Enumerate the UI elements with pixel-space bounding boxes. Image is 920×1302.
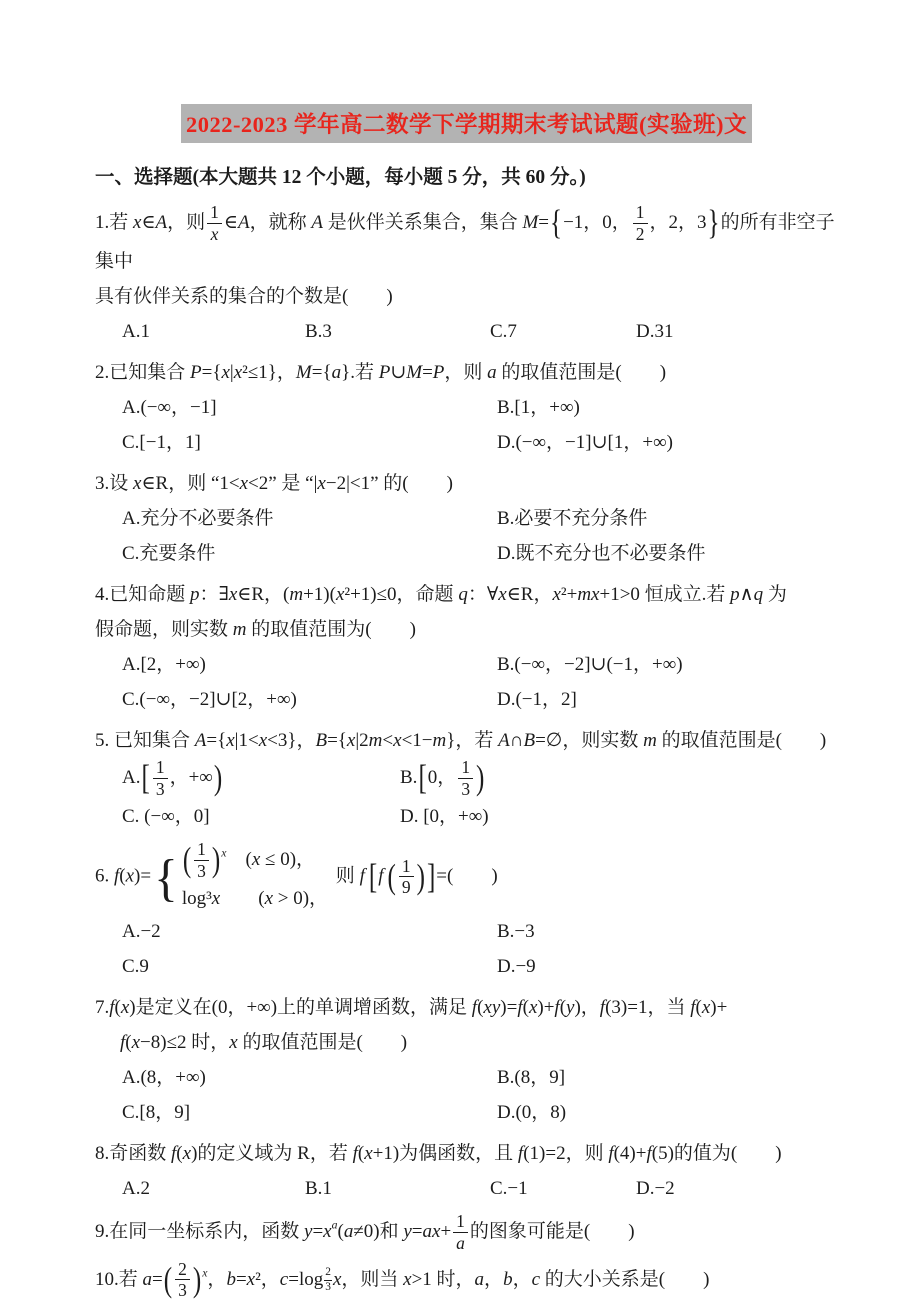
math-text: ∧	[740, 584, 754, 605]
question-2-stem-line: 2.已知集合 P={x|x²≤1}，M={a}.若 P∪M=P，则 a 的取值范…	[95, 355, 838, 390]
big-delimiter: )	[416, 860, 426, 895]
question-5-option-A: A.[13，+∞)	[122, 758, 400, 799]
question-2-option-C: C.[−1，1]	[122, 425, 497, 460]
question-8-stem-line: 8.奇函数 f(x)的定义域为 R，若 f(x+1)为偶函数，且 f(1)=2，…	[95, 1136, 838, 1171]
question-2-option-A: A.(−∞，−1]	[122, 390, 497, 425]
math-text: ∈R，(	[237, 584, 289, 605]
question-1-option-A: A.1	[122, 314, 305, 349]
math-text: ²+1)≤0，命题	[344, 584, 458, 605]
question-9: 9.在同一坐标系内，函数 y=xa(a≠0)和 y=ax+1a的图象可能是( )	[95, 1212, 838, 1253]
math-text: 假命题，则实数	[95, 619, 233, 640]
math-text: (	[220, 888, 264, 909]
math-text: <1−	[402, 730, 433, 751]
math-text: ∪	[390, 362, 406, 383]
math-text: ，就称	[250, 212, 312, 233]
math-text: )=	[134, 866, 151, 887]
math-text: 10.若	[95, 1269, 143, 1290]
math-text: C.7	[490, 321, 517, 342]
fraction-denominator: 2	[633, 224, 648, 245]
math-text: C.[8，9]	[122, 1102, 190, 1123]
math-text: ，则	[444, 362, 487, 383]
question-3-option-D: D.既不充分也不必要条件	[497, 536, 838, 571]
math-text: B.	[400, 767, 417, 788]
math-text: ∈	[141, 212, 155, 233]
question-7-options: A.(8，+∞)B.(8，9]C.[8，9]D.(0，8)	[95, 1060, 838, 1130]
math-variable: A	[238, 212, 250, 233]
question-2: 2.已知集合 P={x|x²≤1}，M={a}.若 P∪M=P，则 a 的取值范…	[95, 355, 838, 460]
math-text: ={	[312, 362, 332, 383]
math-text: =	[412, 1221, 423, 1242]
math-text: ≤ 0)，	[260, 849, 315, 870]
math-text: ，则当	[341, 1269, 403, 1290]
math-text: −2|<1” 的( )	[326, 473, 453, 494]
math-text: B.(−∞，−2]∪(−1，+∞)	[497, 654, 683, 675]
question-1-option-D: D.31	[636, 314, 838, 349]
math-variable: b	[503, 1269, 513, 1290]
math-variable: x	[247, 1269, 255, 1290]
math-variable: m	[233, 619, 247, 640]
fraction-denominator: 3	[194, 861, 209, 882]
math-variable: p	[730, 584, 740, 605]
math-text: (5)的值为( )	[652, 1143, 782, 1164]
math-text: ，+∞	[170, 767, 213, 788]
math-text: 7.	[95, 997, 109, 1018]
math-text: ：∀	[468, 584, 498, 605]
questions-list: 1.若 x∈A，则1x∈A，就称 A 是伙伴关系集合，集合 M={−1，0，12…	[95, 203, 838, 1301]
math-text: C. (−∞，0]	[122, 806, 210, 827]
fraction-denominator: 3	[175, 1280, 190, 1301]
math-text: +1)为偶函数，且	[373, 1143, 518, 1164]
math-variable: B	[315, 730, 327, 751]
math-text: 则	[331, 866, 360, 887]
math-text: 9.在同一坐标系内，函数	[95, 1221, 304, 1242]
math-text: D. [0，+∞)	[400, 806, 489, 827]
fraction: 12	[633, 203, 648, 244]
math-text: =	[538, 212, 549, 233]
big-delimiter: )	[475, 761, 485, 796]
fraction-numerator: 1	[458, 758, 473, 779]
math-variable: a	[344, 1221, 354, 1242]
math-text: ={	[206, 730, 226, 751]
math-text: ，	[484, 1269, 503, 1290]
math-variable: c	[280, 1269, 288, 1290]
math-variable: a	[487, 362, 497, 383]
math-variable: x	[212, 888, 220, 909]
math-variable: q	[754, 584, 764, 605]
math-text: ∈	[224, 212, 238, 233]
math-text: }.若	[341, 362, 379, 383]
fraction: 1a	[453, 1212, 468, 1253]
question-4-option-C: C.(−∞，−2]∪[2，+∞)	[122, 682, 497, 717]
big-delimiter: [	[417, 761, 427, 796]
piecewise-function: {(13)x (x ≤ 0)，log³x (x > 0)，	[154, 840, 328, 914]
exam-title: 2022-2023 学年高二数学下学期期末考试试题(实验班)文	[181, 104, 752, 143]
fraction: 13	[153, 758, 168, 799]
question-10: 10.若 a=(23)x，b=x²，c=log23x，则当 x>1 时，a，b，…	[95, 1260, 838, 1301]
question-6-option-C: C.9	[122, 949, 497, 984]
math-variable: x	[221, 362, 229, 383]
math-text: A.(8，+∞)	[122, 1067, 206, 1088]
question-7-option-D: D.(0，8)	[497, 1095, 838, 1130]
math-text: A.充分不必要条件	[122, 508, 273, 529]
big-delimiter: ]	[426, 860, 436, 895]
question-7-stem-line: 7.f(x)是定义在(0，+∞)上的单调增函数，满足 f(xy)=f(x)+f(…	[95, 990, 838, 1025]
math-text: =	[312, 1221, 323, 1242]
math-variable: P	[379, 362, 391, 383]
question-4-option-D: D.(−1，2]	[497, 682, 838, 717]
question-1-stem-line: 具有伙伴关系的集合的个数是( )	[95, 279, 838, 314]
math-variable: m	[369, 730, 383, 751]
big-delimiter: (	[386, 860, 396, 895]
math-variable: x	[323, 1221, 331, 1242]
big-delimiter: [	[140, 761, 150, 796]
question-5-option-D: D. [0，+∞)	[400, 799, 838, 834]
math-variable: x	[126, 866, 134, 887]
math-text: 具有伙伴关系的集合的个数是( )	[95, 286, 393, 307]
math-text: ∈R，	[507, 584, 553, 605]
math-variable: A	[311, 212, 323, 233]
fraction-numerator: 1	[633, 203, 648, 224]
math-text: C.9	[122, 956, 149, 977]
piecewise-row: log³x (x > 0)，	[182, 884, 328, 914]
question-7-option-A: A.(8，+∞)	[122, 1060, 497, 1095]
fraction-denominator: 9	[399, 877, 414, 898]
math-text: B.3	[305, 321, 332, 342]
math-text: 的取值范围为( )	[247, 619, 416, 640]
question-6-stem-line: 6. f(x)={(13)x (x ≤ 0)，log³x (x > 0)， 则 …	[95, 840, 838, 914]
math-text: 为	[763, 584, 787, 605]
math-text: 的取值范围是( )	[238, 1032, 407, 1053]
math-text: A.1	[122, 321, 150, 342]
question-8-option-D: D.−2	[636, 1171, 838, 1206]
math-text: =	[422, 362, 433, 383]
math-text: D.−2	[636, 1178, 675, 1199]
math-text: B.1	[305, 1178, 332, 1199]
question-5-stem-line: 5. 已知集合 A={x|1<x<3}，B={x|2m<x<1−m}，若 A∩B…	[95, 723, 838, 758]
math-text: D.(−1，2]	[497, 689, 577, 710]
math-text: ，	[207, 1269, 226, 1290]
math-text: ，则	[167, 212, 205, 233]
math-variable: q	[458, 584, 468, 605]
question-4-stem-line: 4.已知命题 p：∃x∈R，(m+1)(x²+1)≤0，命题 q：∀x∈R，x²…	[95, 577, 838, 612]
question-5-options: A.[13，+∞)B.[0，13)C. (−∞，0]D. [0，+∞)	[95, 758, 838, 834]
math-text: ≠0)和	[353, 1221, 403, 1242]
math-text: (3)=1，当	[605, 997, 690, 1018]
fraction-denominator: 3	[458, 779, 473, 800]
math-text: 4.已知命题	[95, 584, 190, 605]
fraction: 19	[399, 857, 414, 898]
exam-page: 2022-2023 学年高二数学下学期期末考试试题(实验班)文 一、选择题(本大…	[0, 0, 920, 1302]
math-text: 的大小关系是( )	[540, 1269, 709, 1290]
question-2-option-D: D.(−∞，−1]∪[1，+∞)	[497, 425, 838, 460]
math-text: 的图象可能是( )	[470, 1221, 635, 1242]
fraction-numerator: 1	[153, 758, 168, 779]
math-text: C.[−1，1]	[122, 432, 201, 453]
question-3-option-C: C.充要条件	[122, 536, 497, 571]
question-7-option-C: C.[8，9]	[122, 1095, 497, 1130]
math-text: ，	[513, 1269, 532, 1290]
math-text: +	[440, 1221, 451, 1242]
big-delimiter: {	[549, 206, 563, 241]
math-text: )+	[537, 997, 554, 1018]
big-delimiter: (	[163, 1263, 173, 1298]
question-3: 3.设 x∈R，则 “1<x<2” 是 “|x−2|<1” 的( )A.充分不必…	[95, 466, 838, 571]
question-8-option-A: A.2	[122, 1171, 305, 1206]
math-text: 3.设	[95, 473, 133, 494]
math-variable: M	[296, 362, 312, 383]
math-variable: xy	[483, 997, 500, 1018]
math-text: A.	[122, 767, 140, 788]
title-bar: 2022-2023 学年高二数学下学期期末考试试题(实验班)文	[95, 104, 838, 143]
math-text: }，若	[446, 730, 498, 751]
fraction-numerator: 1	[194, 840, 209, 861]
fraction: 13	[194, 840, 209, 881]
question-9-stem-line: 9.在同一坐标系内，函数 y=xa(a≠0)和 y=ax+1a的图象可能是( )	[95, 1212, 838, 1253]
math-text: ∩	[510, 730, 524, 751]
big-delimiter: )	[213, 761, 223, 796]
math-text: C.充要条件	[122, 543, 215, 564]
math-variable: x	[265, 888, 273, 909]
math-variable: x	[498, 584, 506, 605]
math-variable: x	[403, 1269, 411, 1290]
math-variable: ax	[423, 1221, 441, 1242]
question-8-options: A.2B.1C.−1D.−2	[95, 1171, 838, 1206]
math-text: ²+	[561, 584, 577, 605]
log-base-bottom: 3	[324, 1281, 332, 1295]
math-text: =	[236, 1269, 247, 1290]
math-text: −1，0，	[563, 212, 631, 233]
log-base-fraction: 23	[324, 1266, 332, 1294]
math-text: C.−1	[490, 1178, 528, 1199]
math-variable: P	[433, 362, 445, 383]
math-text: D.(−∞，−1]∪[1，+∞)	[497, 432, 673, 453]
math-text: B.[1，+∞)	[497, 397, 580, 418]
math-text: )=	[500, 997, 517, 1018]
math-text: B.(8，9]	[497, 1067, 565, 1088]
math-text: )，	[574, 997, 599, 1018]
math-text: =log	[288, 1269, 323, 1290]
question-6-options: A.−2B.−3C.9D.−9	[95, 914, 838, 984]
math-text: log³	[182, 888, 212, 909]
math-variable: mx	[577, 584, 599, 605]
math-variable: x	[226, 730, 234, 751]
question-6: 6. f(x)={(13)x (x ≤ 0)，log³x (x > 0)， 则 …	[95, 840, 838, 984]
math-variable: x	[393, 730, 401, 751]
question-4-option-A: A.[2，+∞)	[122, 647, 497, 682]
fraction-denominator: 3	[153, 779, 168, 800]
math-variable: M	[406, 362, 422, 383]
math-text: =( )	[436, 866, 497, 887]
math-variable: a	[143, 1269, 153, 1290]
math-text: D.既不充分也不必要条件	[497, 543, 705, 564]
math-text: ²，	[255, 1269, 280, 1290]
math-text: 2.已知集合	[95, 362, 190, 383]
fraction-numerator: 1	[207, 203, 222, 224]
math-variable: y	[403, 1221, 411, 1242]
question-8-option-C: C.−1	[490, 1171, 636, 1206]
math-text: 的取值范围是( )	[497, 362, 666, 383]
math-text: =	[152, 1269, 163, 1290]
fraction: 13	[458, 758, 473, 799]
question-6-option-D: D.−9	[497, 949, 838, 984]
math-text: =∅，则实数	[535, 730, 643, 751]
math-text: −8)≤2 时，	[140, 1032, 229, 1053]
math-text: A.−2	[122, 921, 161, 942]
piecewise-rows: (13)x (x ≤ 0)，log³x (x > 0)，	[182, 840, 328, 914]
math-text: D.−9	[497, 956, 536, 977]
math-text: )+	[710, 997, 727, 1018]
fraction-denominator: a	[453, 1233, 468, 1254]
math-text: B.−3	[497, 921, 535, 942]
question-6-option-A: A.−2	[122, 914, 497, 949]
math-text: 是伙伴关系集合，集合	[323, 212, 523, 233]
math-text: ，2，3	[650, 212, 707, 233]
math-variable: c	[532, 1269, 540, 1290]
math-text: 6.	[95, 866, 114, 887]
question-10-stem-line: 10.若 a=(23)x，b=x²，c=log23x，则当 x>1 时，a，b，…	[95, 1260, 838, 1301]
math-variable: m	[433, 730, 447, 751]
question-7-option-B: B.(8，9]	[497, 1060, 838, 1095]
math-text: 5. 已知集合	[95, 730, 195, 751]
question-1-option-C: C.7	[490, 314, 636, 349]
big-delimiter: )	[211, 844, 221, 879]
math-variable: x	[317, 473, 325, 494]
math-text: B.必要不充分条件	[497, 508, 647, 529]
math-variable: m	[643, 730, 657, 751]
question-8-option-B: B.1	[305, 1171, 490, 1206]
math-text: <	[382, 730, 393, 751]
math-text: D.31	[636, 321, 673, 342]
math-variable: x	[552, 584, 560, 605]
math-variable: P	[190, 362, 202, 383]
piecewise-brace: {	[154, 851, 178, 903]
math-variable: f	[378, 866, 383, 887]
big-delimiter: )	[192, 1263, 202, 1298]
question-2-options: A.(−∞，−1]B.[1，+∞)C.[−1，1]D.(−∞，−1]∪[1，+∞…	[95, 390, 838, 460]
math-variable: x	[702, 997, 710, 1018]
piecewise-row: (13)x (x ≤ 0)，	[182, 840, 328, 881]
question-5-option-B: B.[0，13)	[400, 758, 838, 799]
question-1-stem-line: 1.若 x∈A，则1x∈A，就称 A 是伙伴关系集合，集合 M={−1，0，12…	[95, 203, 838, 279]
math-text: 0，	[428, 767, 457, 788]
math-text: (1)=2，则	[523, 1143, 608, 1164]
math-text: ∈R，则 “1<	[141, 473, 239, 494]
question-5: 5. 已知集合 A={x|1<x<3}，B={x|2m<x<1−m}，若 A∩B…	[95, 723, 838, 834]
question-3-option-B: B.必要不充分条件	[497, 501, 838, 536]
math-variable: f	[360, 866, 365, 887]
section-header: 一、选择题(本大题共 12 个小题，每小题 5 分，共 60 分。)	[95, 163, 838, 193]
fraction: 1x	[207, 203, 222, 244]
fraction-numerator: 1	[453, 1212, 468, 1233]
math-text: >1 时，	[412, 1269, 475, 1290]
question-3-options: A.充分不必要条件B.必要不充分条件C.充要条件D.既不充分也不必要条件	[95, 501, 838, 571]
math-variable: A	[195, 730, 207, 751]
math-variable: x	[229, 1032, 237, 1053]
math-text: A.(−∞，−1]	[122, 397, 217, 418]
fraction-numerator: 2	[175, 1260, 190, 1281]
question-2-option-B: B.[1，+∞)	[497, 390, 838, 425]
math-text: ：∃	[200, 584, 229, 605]
math-variable: A	[156, 212, 168, 233]
math-text: ={	[202, 362, 222, 383]
math-variable: M	[522, 212, 538, 233]
math-text: |1<	[235, 730, 259, 751]
big-delimiter: }	[707, 206, 721, 241]
math-variable: m	[289, 584, 303, 605]
question-4-options: A.[2，+∞)B.(−∞，−2]∪(−1，+∞)C.(−∞，−2]∪[2，+∞…	[95, 647, 838, 717]
math-variable: x	[252, 849, 260, 870]
math-text: A.2	[122, 1178, 150, 1199]
math-variable: a	[475, 1269, 485, 1290]
question-6-option-B: B.−3	[497, 914, 838, 949]
math-text: A.[2，+∞)	[122, 654, 206, 675]
math-variable: x	[132, 1032, 140, 1053]
question-4: 4.已知命题 p：∃x∈R，(m+1)(x²+1)≤0，命题 q：∀x∈R，x²…	[95, 577, 838, 717]
math-text: ={	[327, 730, 347, 751]
big-delimiter: [	[368, 860, 378, 895]
question-1: 1.若 x∈A，则1x∈A，就称 A 是伙伴关系集合，集合 M={−1，0，12…	[95, 203, 838, 349]
math-text: 8.奇函数	[95, 1143, 171, 1164]
fraction-denominator: x	[207, 224, 222, 245]
math-variable: a	[332, 362, 342, 383]
math-text: (	[227, 849, 252, 870]
math-text: C.(−∞，−2]∪[2，+∞)	[122, 689, 297, 710]
math-text: D.(0，8)	[497, 1102, 566, 1123]
math-text: > 0)，	[273, 888, 328, 909]
question-3-option-A: A.充分不必要条件	[122, 501, 497, 536]
question-4-option-B: B.(−∞，−2]∪(−1，+∞)	[497, 647, 838, 682]
question-8: 8.奇函数 f(x)的定义域为 R，若 f(x+1)为偶函数，且 f(1)=2，…	[95, 1136, 838, 1206]
math-text: ²≤1}，	[242, 362, 296, 383]
question-3-stem-line: 3.设 x∈R，则 “1<x<2” 是 “|x−2|<1” 的( )	[95, 466, 838, 501]
question-7: 7.f(x)是定义在(0，+∞)上的单调增函数，满足 f(xy)=f(x)+f(…	[95, 990, 838, 1130]
math-variable: x	[234, 362, 242, 383]
question-1-options: A.1B.3C.7D.31	[95, 314, 838, 349]
math-variable: A	[498, 730, 510, 751]
math-variable: x	[240, 473, 248, 494]
math-text: )是定义在(0，+∞)上的单调增函数，满足	[129, 997, 472, 1018]
math-variable: B	[523, 730, 535, 751]
question-5-option-C: C. (−∞，0]	[122, 799, 400, 834]
math-text: 1.若	[95, 212, 133, 233]
math-text: <3}，	[267, 730, 315, 751]
question-1-option-B: B.3	[305, 314, 490, 349]
math-text: <2” 是 “|	[248, 473, 317, 494]
question-4-stem-line: 假命题，则实数 m 的取值范围为( )	[95, 612, 838, 647]
math-text: +1>0 恒成立.若	[599, 584, 730, 605]
math-text: (4)+	[614, 1143, 647, 1164]
math-variable: x	[364, 1143, 372, 1164]
fraction-numerator: 1	[399, 857, 414, 878]
math-text: |2	[355, 730, 368, 751]
math-text: 的取值范围是( )	[657, 730, 826, 751]
math-variable: x	[259, 730, 267, 751]
math-variable: x	[183, 1143, 191, 1164]
math-text: )的定义域为 R，若	[191, 1143, 353, 1164]
math-variable: x	[229, 584, 237, 605]
fraction: 23	[175, 1260, 190, 1301]
question-7-stem-line: f(x−8)≤2 时，x 的取值范围是( )	[95, 1025, 838, 1060]
log-base-top: 2	[324, 1266, 332, 1281]
big-delimiter: (	[182, 844, 192, 879]
math-variable: p	[190, 584, 200, 605]
math-variable: b	[226, 1269, 236, 1290]
math-text: +1)(	[303, 584, 336, 605]
